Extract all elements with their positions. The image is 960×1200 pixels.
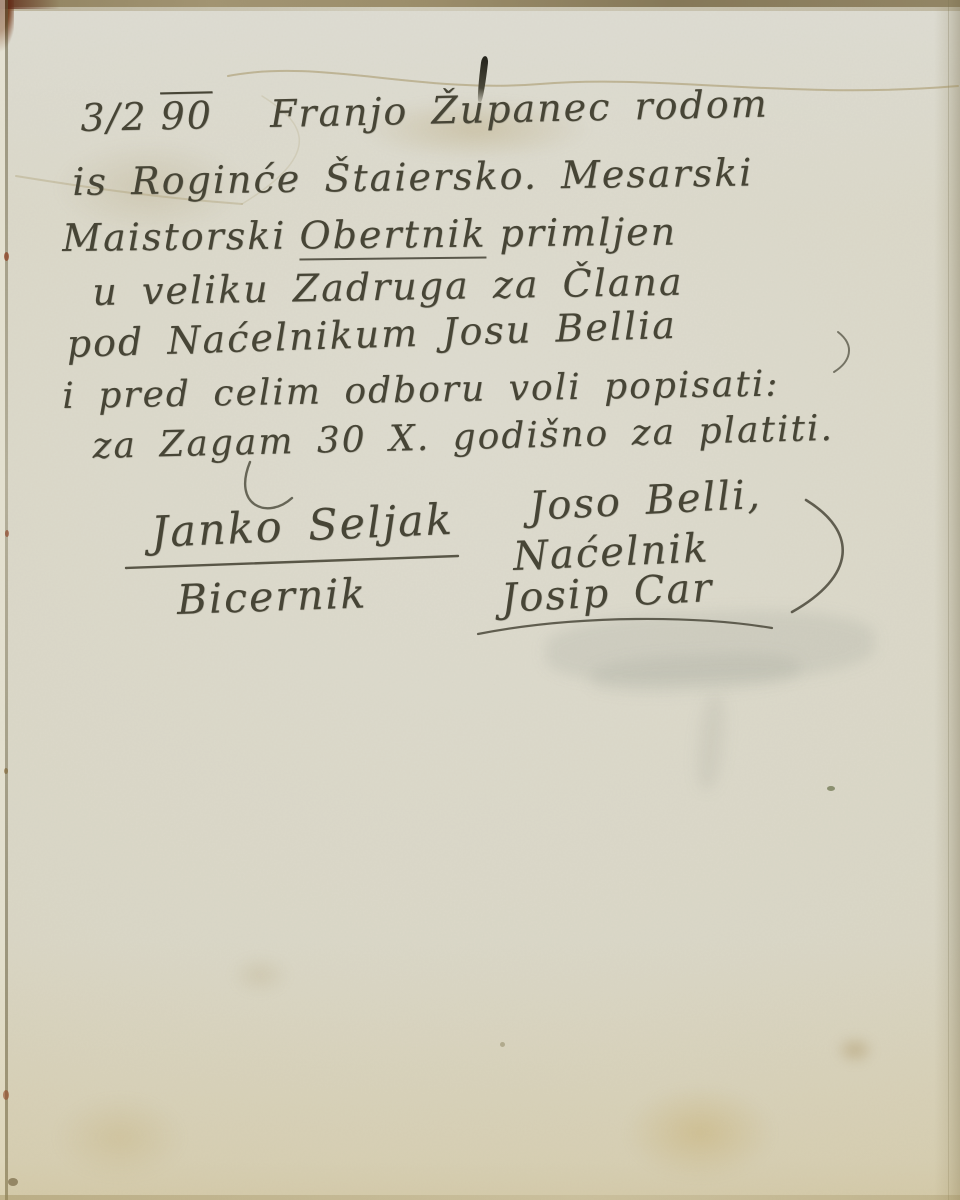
rust-speck: [4, 252, 9, 261]
manuscript-page: 3/2 90 Franjo Županec rodom is Roginće Š…: [0, 0, 960, 1200]
previous-page-edge-shadow: [0, 7, 960, 11]
entry-line-3-underlined-word: Obertnik: [299, 212, 487, 261]
entry-line-2-text: is Roginće Štaiersko. Mesarski: [72, 150, 754, 204]
signature-left-title-text: Bicernik: [176, 569, 368, 624]
line5-end-swash: [834, 332, 849, 372]
signature-left-title: Bicernik: [176, 569, 368, 624]
rust-speck: [5, 530, 9, 537]
left-signature-underline: [126, 556, 458, 568]
entry-line-6: i pred celim odboru voli popisati:: [62, 363, 780, 417]
entry-line-7: za Zagam 30 X. godišno za platiti.: [92, 408, 834, 467]
entry-date: 3/2: [80, 95, 148, 140]
paper-speck: [500, 1042, 505, 1047]
stain: [625, 1085, 775, 1180]
signature-left-name: Janko Seljak: [150, 495, 455, 558]
entry-line-3-post: primljen: [499, 210, 677, 256]
show-through-ghost-streak: [693, 694, 729, 791]
ink-speck: [827, 786, 835, 791]
signature-right-name-text: Joso Belli,: [528, 472, 763, 530]
entry-year: 90: [160, 93, 213, 138]
entry-line-7-text: za Zagam 30 X. godišno za platiti.: [92, 408, 834, 467]
entry-line-3: Maistorski Obertnik primljen: [62, 210, 677, 263]
entry-line-3-pre: Maistorski: [62, 214, 287, 260]
right-paren-flourish: [792, 500, 843, 612]
entry-line-1-text: Franjo Županec rodom: [269, 82, 769, 136]
signature-right-name: Joso Belli,: [528, 472, 763, 530]
stain: [835, 1035, 875, 1065]
entry-line-2: is Roginće Štaiersko. Mesarski: [72, 150, 754, 204]
entry-line-1: 3/2 90 Franjo Županec rodom: [80, 82, 769, 140]
rust-speck: [4, 768, 8, 774]
stain: [230, 955, 290, 995]
entry-line-6-text: i pred celim odboru voli popisati:: [62, 363, 780, 417]
stain: [55, 1095, 185, 1180]
binding-corner-stain-top: [0, 0, 60, 9]
previous-page-edge: [0, 0, 960, 7]
signature-left-name-text: Janko Seljak: [150, 495, 455, 558]
